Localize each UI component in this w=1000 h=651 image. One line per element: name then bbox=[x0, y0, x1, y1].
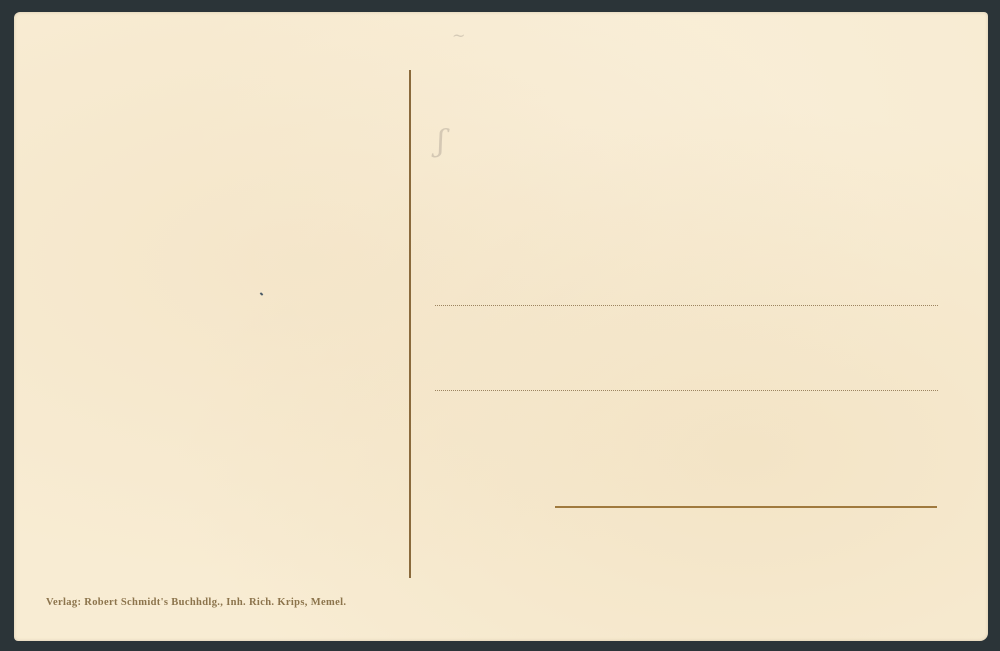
address-line-1 bbox=[435, 305, 938, 306]
pencil-mark: ~ bbox=[452, 26, 465, 45]
publisher-imprint: Verlag: Robert Schmidt's Buchhdlg., Inh.… bbox=[46, 597, 346, 608]
address-underline bbox=[555, 506, 937, 508]
address-line-2 bbox=[435, 390, 938, 391]
ink-speck bbox=[260, 292, 264, 295]
center-divider-line bbox=[409, 70, 411, 578]
pencil-mark: ʃ bbox=[437, 124, 445, 159]
postcard-back: ~ ʃ Verlag: Robert Schmidt's Buchhdlg., … bbox=[14, 12, 988, 641]
